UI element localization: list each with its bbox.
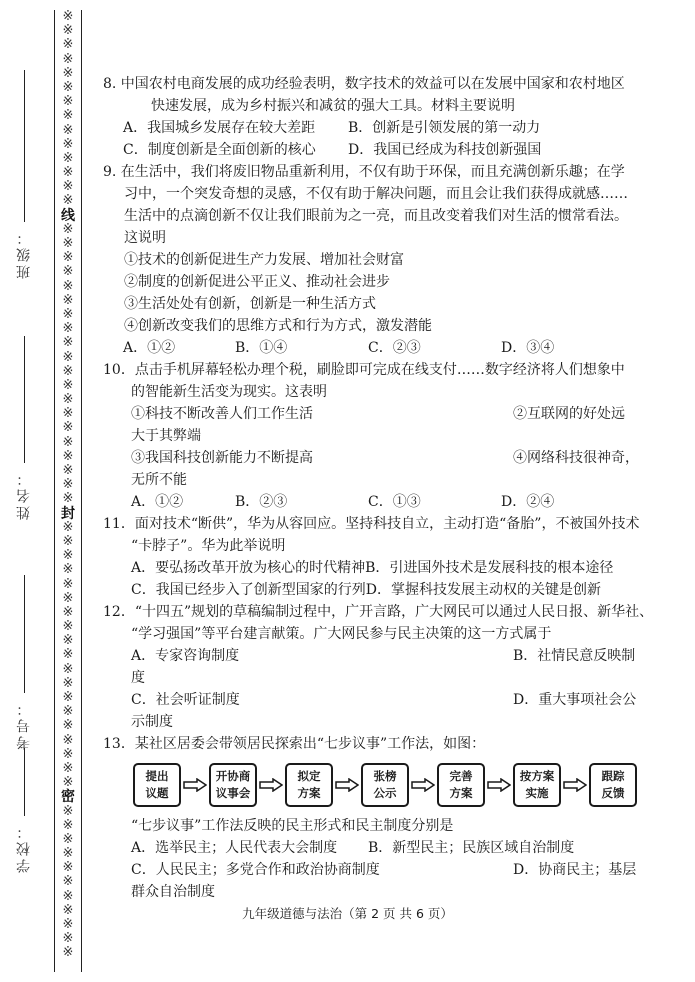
- question-9-stem-line4: 这说明: [103, 227, 648, 249]
- reference-mark-icon: ※: [63, 535, 74, 549]
- question-11-stem-line2: “卡脖子”。华为此举说明: [103, 535, 648, 557]
- question-9-stem-line2: 习中，一个突发奇想的灵感，不仅有助于解决问题，而且会让我们获得成就感……: [103, 183, 648, 205]
- reference-mark-icon: ※: [63, 109, 74, 123]
- hollow-arrow-right-icon: [487, 778, 511, 792]
- reference-mark-icon: ※: [63, 677, 74, 691]
- reference-mark-icon: ※: [63, 421, 74, 435]
- question-8-option-b[interactable]: B．创新是引领发展的第一动力: [348, 117, 540, 139]
- question-10-option-b[interactable]: B．②③: [235, 491, 368, 513]
- seal-char: 密: [61, 790, 75, 804]
- flow-step-label-bottom: 议事会: [216, 785, 251, 802]
- reference-mark-icon: ※: [63, 762, 74, 776]
- question-10-statement-2: ②互联网的好处远: [513, 403, 648, 425]
- question-12-stem-line2: “学习强国”等平台建言献策。广大网民参与民主决策的这一方式属于: [103, 623, 648, 645]
- reference-mark-icon: ※: [63, 890, 74, 904]
- question-10-option-d[interactable]: D．②④: [501, 491, 621, 513]
- school-underline: [24, 748, 25, 816]
- exam-number-field[interactable]: 考号：: [14, 575, 34, 750]
- question-10-statement-4-cont: 无所不能: [103, 469, 648, 491]
- question-10-statement-2-cont: 大于其弊端: [103, 425, 648, 447]
- question-10: 10．点击手机屏幕轻松办理个税，刷脸即可完成在线支付……数字经济将人们想象中 的…: [103, 359, 648, 513]
- reference-mark-icon: ※: [63, 847, 74, 861]
- question-12: 12．“十四五”规划的草稿编制过程中，广开言路，广大网民可以通过人民日报、新华社…: [103, 601, 648, 733]
- reference-mark-icon: ※: [63, 578, 74, 592]
- question-12-option-b-cont[interactable]: 度: [103, 667, 648, 689]
- exam-number-underline: [24, 575, 25, 693]
- flow-step-label-bottom: 公示: [374, 785, 397, 802]
- flow-step-box: 按方案实施: [513, 763, 561, 807]
- reference-mark-icon: ※: [63, 833, 74, 847]
- seal-line-marks: ※※※※※※※※※※※※※※线※※※※※※※※※※※※※※※※※※※※封※※※※…: [55, 10, 81, 972]
- seven-step-flowchart: 提出议题开协商议事会拟定方案张榜公示完善方案按方案实施跟踪反馈: [133, 761, 648, 809]
- flow-step-label-top: 拟定: [298, 768, 321, 785]
- name-underline: [24, 336, 25, 463]
- question-13-option-d[interactable]: D．协商民主；基层: [513, 859, 648, 881]
- hollow-arrow-right-icon: [563, 778, 587, 792]
- question-9-statement-3: ③生活处处有创新，创新是一种生活方式: [103, 293, 648, 315]
- question-9-stem-line1: 9. 在生活中，我们将废旧物品重新利用，不仅有助于环保，而且充满创新乐趣；在学: [103, 161, 648, 183]
- class-underline: [24, 70, 25, 222]
- question-13: 13．某社区居委会带领居民探索出“七步议事”工作法，如图： 提出议题开协商议事会…: [103, 733, 648, 903]
- reference-mark-icon: ※: [63, 549, 74, 563]
- question-9-option-c[interactable]: C．②③: [368, 337, 501, 359]
- question-12-option-c[interactable]: C．社会听证制度: [131, 689, 240, 711]
- reference-mark-icon: ※: [63, 251, 74, 265]
- reference-mark-icon: ※: [63, 308, 74, 322]
- reference-mark-icon: ※: [63, 38, 74, 52]
- reference-mark-icon: ※: [63, 365, 74, 379]
- reference-mark-icon: ※: [63, 180, 74, 194]
- hollow-arrow-right-icon: [335, 778, 359, 792]
- question-13-stem-line2: “七步议事”工作法反映的民主形式和民主制度分别是: [103, 815, 648, 837]
- flow-step-label-bottom: 议题: [146, 785, 169, 802]
- flow-step-box: 拟定方案: [285, 763, 333, 807]
- reference-mark-icon: ※: [63, 138, 74, 152]
- question-9-option-b[interactable]: B．①④: [235, 337, 368, 359]
- flow-step-label-top: 提出: [146, 768, 169, 785]
- reference-mark-icon: ※: [63, 875, 74, 889]
- reference-mark-icon: ※: [63, 95, 74, 109]
- question-10-stem-line1: 10．点击手机屏幕轻松办理个税，刷脸即可完成在线支付……数字经济将人们想象中: [103, 359, 648, 381]
- reference-mark-icon: ※: [63, 393, 74, 407]
- reference-mark-icon: ※: [63, 819, 74, 833]
- question-9-option-a[interactable]: A．①②: [123, 337, 235, 359]
- hollow-arrow-right-icon: [183, 778, 207, 792]
- reference-mark-icon: ※: [63, 805, 74, 819]
- reference-mark-icon: ※: [63, 521, 74, 535]
- question-9-statement-4: ④创新改变我们的思维方式和行为方式，激发潜能: [103, 315, 648, 337]
- reference-mark-icon: ※: [63, 81, 74, 95]
- reference-mark-icon: ※: [63, 492, 74, 506]
- school-field[interactable]: 学校：: [14, 748, 34, 873]
- reference-mark-icon: ※: [63, 634, 74, 648]
- page-footer: 九年级道德与法治（第 2 页 共 6 页）: [0, 904, 695, 922]
- question-10-option-a[interactable]: A．①②: [131, 491, 235, 513]
- reference-mark-icon: ※: [63, 237, 74, 251]
- hollow-arrow-right-icon: [411, 778, 435, 792]
- flow-step-label-bottom: 方案: [450, 785, 473, 802]
- flow-step-box: 开协商议事会: [209, 763, 257, 807]
- exam-number-label: 考号：: [14, 699, 34, 750]
- flow-step-box: 提出议题: [133, 763, 181, 807]
- school-label: 学校：: [14, 822, 34, 873]
- exam-content: 8. 中国农村电商发展的成功经验表明，数字技术的效益可以在发展中国家和农村地区 …: [103, 73, 648, 903]
- question-13-option-a[interactable]: A．选举民主；人民代表大会制度: [131, 837, 368, 859]
- reference-mark-icon: ※: [63, 705, 74, 719]
- question-12-option-d[interactable]: D．重大事项社会公: [513, 689, 648, 711]
- reference-mark-icon: ※: [63, 946, 74, 960]
- flow-step-label-top: 跟踪: [602, 768, 625, 785]
- reference-mark-icon: ※: [63, 194, 74, 208]
- question-11-option-a[interactable]: A．要弘扬改革开放为核心的时代精神: [131, 560, 365, 576]
- question-9-stem-line3: 生活中的点滴创新不仅让我们眼前为之一亮，而且改变着我们对生活的惯常看法。: [103, 205, 648, 227]
- reference-mark-icon: ※: [63, 563, 74, 577]
- reference-mark-icon: ※: [63, 719, 74, 733]
- question-8-stem-line1: 8. 中国农村电商发展的成功经验表明，数字技术的效益可以在发展中国家和农村地区: [103, 73, 648, 95]
- reference-mark-icon: ※: [63, 464, 74, 478]
- name-label: 姓名：: [14, 469, 34, 520]
- question-13-option-b[interactable]: B．新型民主；民族区域自治制度: [368, 837, 574, 859]
- reference-mark-icon: ※: [63, 294, 74, 308]
- reference-mark-icon: ※: [63, 478, 74, 492]
- reference-mark-icon: ※: [63, 734, 74, 748]
- reference-mark-icon: ※: [63, 10, 74, 24]
- reference-mark-icon: ※: [63, 124, 74, 138]
- seal-char: 封: [61, 507, 75, 521]
- reference-mark-icon: ※: [63, 606, 74, 620]
- reference-mark-icon: ※: [63, 223, 74, 237]
- reference-mark-icon: ※: [63, 53, 74, 67]
- flow-step-label-top: 按方案: [520, 768, 555, 785]
- seal-char: 线: [61, 209, 75, 223]
- reference-mark-icon: ※: [63, 663, 74, 677]
- reference-mark-icon: ※: [63, 691, 74, 705]
- reference-mark-icon: ※: [63, 592, 74, 606]
- reference-mark-icon: ※: [63, 67, 74, 81]
- question-11-option-c[interactable]: C．我国已经步入了创新型国家的行列: [131, 582, 366, 598]
- reference-mark-icon: ※: [63, 152, 74, 166]
- name-field[interactable]: 姓名：: [14, 336, 34, 520]
- question-13-option-c[interactable]: C．人民民主；多党合作和政治协商制度: [131, 859, 380, 881]
- seal-line-strip: ※※※※※※※※※※※※※※线※※※※※※※※※※※※※※※※※※※※封※※※※…: [54, 10, 82, 972]
- flow-step-box: 张榜公示: [361, 763, 409, 807]
- reference-mark-icon: ※: [63, 620, 74, 634]
- question-11-option-d[interactable]: D．掌握科技发展主动权的关键是创新: [366, 582, 601, 598]
- question-8-option-a[interactable]: A．我国城乡发展存在较大差距: [103, 117, 348, 139]
- question-9-statement-1: ①技术的创新促进生产力发展、增加社会财富: [103, 249, 648, 271]
- reference-mark-icon: ※: [63, 280, 74, 294]
- reference-mark-icon: ※: [63, 861, 74, 875]
- question-13-stem-line1: 13．某社区居委会带领居民探索出“七步议事”工作法，如图：: [103, 733, 648, 755]
- question-12-option-d-cont[interactable]: 示制度: [103, 711, 648, 733]
- hollow-arrow-right-icon: [259, 778, 283, 792]
- question-10-statement-3: ③我国科技创新能力不断提高: [131, 447, 313, 469]
- reference-mark-icon: ※: [63, 450, 74, 464]
- question-9: 9. 在生活中，我们将废旧物品重新利用，不仅有助于环保，而且充满创新乐趣；在学 …: [103, 161, 648, 359]
- question-8-option-c[interactable]: C．制度创新是全面创新的核心: [103, 139, 348, 161]
- reference-mark-icon: ※: [63, 379, 74, 393]
- reference-mark-icon: ※: [63, 648, 74, 662]
- question-12-stem-line1: 12．“十四五”规划的草稿编制过程中，广开言路，广大网民可以通过人民日报、新华社…: [103, 601, 648, 623]
- question-8-stem-line2: 快速发展，成为乡村振兴和减贫的强大工具。材料主要说明: [103, 95, 648, 117]
- reference-mark-icon: ※: [63, 748, 74, 762]
- class-field[interactable]: 班级：: [14, 70, 34, 279]
- reference-mark-icon: ※: [63, 166, 74, 180]
- flow-step-label-top: 完善: [450, 768, 473, 785]
- question-8: 8. 中国农村电商发展的成功经验表明，数字技术的效益可以在发展中国家和农村地区 …: [103, 73, 648, 161]
- flow-step-label-top: 张榜: [374, 768, 397, 785]
- reference-mark-icon: ※: [63, 322, 74, 336]
- reference-mark-icon: ※: [63, 351, 74, 365]
- flow-step-label-bottom: 方案: [298, 785, 321, 802]
- question-8-option-d[interactable]: D．我国已经成为科技创新强国: [348, 139, 541, 161]
- question-9-statement-2: ②制度的创新促进公平正义、推动社会进步: [103, 271, 648, 293]
- flow-step-box: 跟踪反馈: [589, 763, 637, 807]
- reference-mark-icon: ※: [63, 436, 74, 450]
- flow-step-label-top: 开协商: [216, 768, 251, 785]
- reference-mark-icon: ※: [63, 932, 74, 946]
- reference-mark-icon: ※: [63, 24, 74, 38]
- question-10-statement-4: ④网络科技很神奇，: [513, 447, 648, 469]
- question-12-option-a[interactable]: A．专家咨询制度: [131, 645, 239, 667]
- class-label: 班级：: [14, 228, 34, 279]
- question-10-option-c[interactable]: C．①③: [368, 491, 501, 513]
- reference-mark-icon: ※: [63, 407, 74, 421]
- question-13-option-d-cont[interactable]: 群众自治制度: [103, 881, 648, 903]
- reference-mark-icon: ※: [63, 265, 74, 279]
- flow-step-label-bottom: 实施: [526, 785, 549, 802]
- question-10-statement-1: ①科技不断改善人们工作生活: [131, 403, 313, 425]
- question-9-option-d[interactable]: D．③④: [501, 337, 621, 359]
- question-11-stem-line1: 11．面对技术“断供”，华为从容回应。坚持科技自立，主动打造“备胎”，不被国外技…: [103, 513, 648, 535]
- question-10-stem-line2: 的智能新生活变为现实。这表明: [103, 381, 648, 403]
- reference-mark-icon: ※: [63, 336, 74, 350]
- question-11: 11．面对技术“断供”，华为从容回应。坚持科技自立，主动打造“备胎”，不被国外技…: [103, 513, 648, 601]
- flow-step-label-bottom: 反馈: [602, 785, 625, 802]
- question-12-option-b[interactable]: B．社情民意反映制: [513, 645, 648, 667]
- flow-step-box: 完善方案: [437, 763, 485, 807]
- question-11-option-b[interactable]: B．引进国外技术是发展科技的根本途径: [365, 560, 613, 576]
